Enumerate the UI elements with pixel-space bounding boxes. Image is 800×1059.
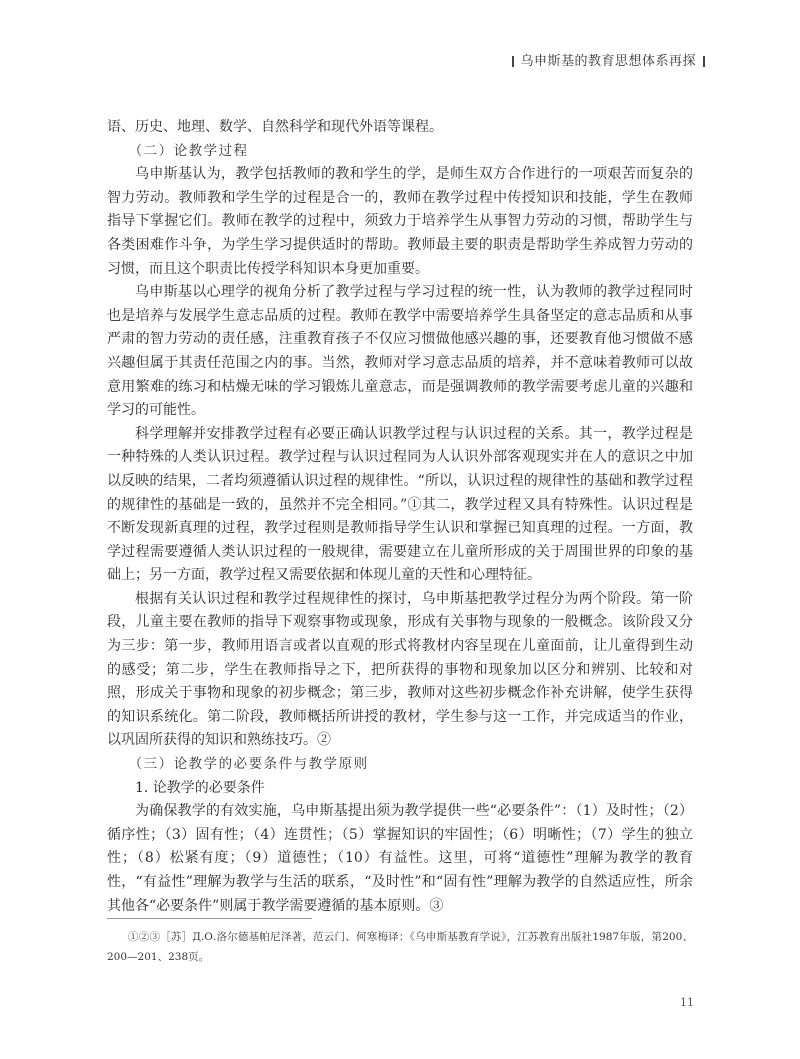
section-heading-teaching-process: （二）论教学过程 [107,140,693,164]
footnote-text: ①②③［苏］Д.О.洛尔德基帕尼泽著，范云门、何寒梅译：《乌申斯基教育学说》，江… [107,927,693,967]
paragraph-continuation: 语、历史、地理、数学、自然科学和现代外语等课程。 [107,116,693,140]
page-body: 语、历史、地理、数学、自然科学和现代外语等课程。 （二）论教学过程 乌申斯基认为… [107,116,693,918]
subsection-heading: 1. 论教学的必要条件 [107,777,693,801]
section-heading-conditions-principles: （三）论教学的必要条件与教学原则 [107,753,693,777]
page-number: 11 [680,996,694,1009]
paragraph: 科学理解并安排教学过程有必要正确认识教学过程与认识过程的关系。其一，教学过程是一… [107,423,693,588]
header-bar-left [512,56,514,67]
footnote: ①②③［苏］Д.О.洛尔德基帕尼泽著，范云门、何寒梅译：《乌申斯基教育学说》，江… [107,927,693,967]
running-title: 乌申斯基的教育思想体系再探 [521,54,697,69]
paragraph: 为确保教学的有效实施，乌申斯基提出须为教学提供一些“必要条件”：（1）及时性；（… [107,800,693,918]
header-bar-right [703,56,705,67]
running-header: 乌申斯基的教育思想体系再探 [505,50,705,69]
footnote-divider [107,918,312,919]
paragraph: 根据有关认识过程和教学过程规律性的探讨，乌申斯基把教学过程分为两个阶段。第一阶段… [107,588,693,753]
paragraph: 乌申斯基认为，教学包括教师的教和学生的学，是师生双方合作进行的一项艰苦而复杂的智… [107,163,693,281]
paragraph: 乌申斯基以心理学的视角分析了教学过程与学习过程的统一性，认为教师的教学过程同时也… [107,281,693,423]
